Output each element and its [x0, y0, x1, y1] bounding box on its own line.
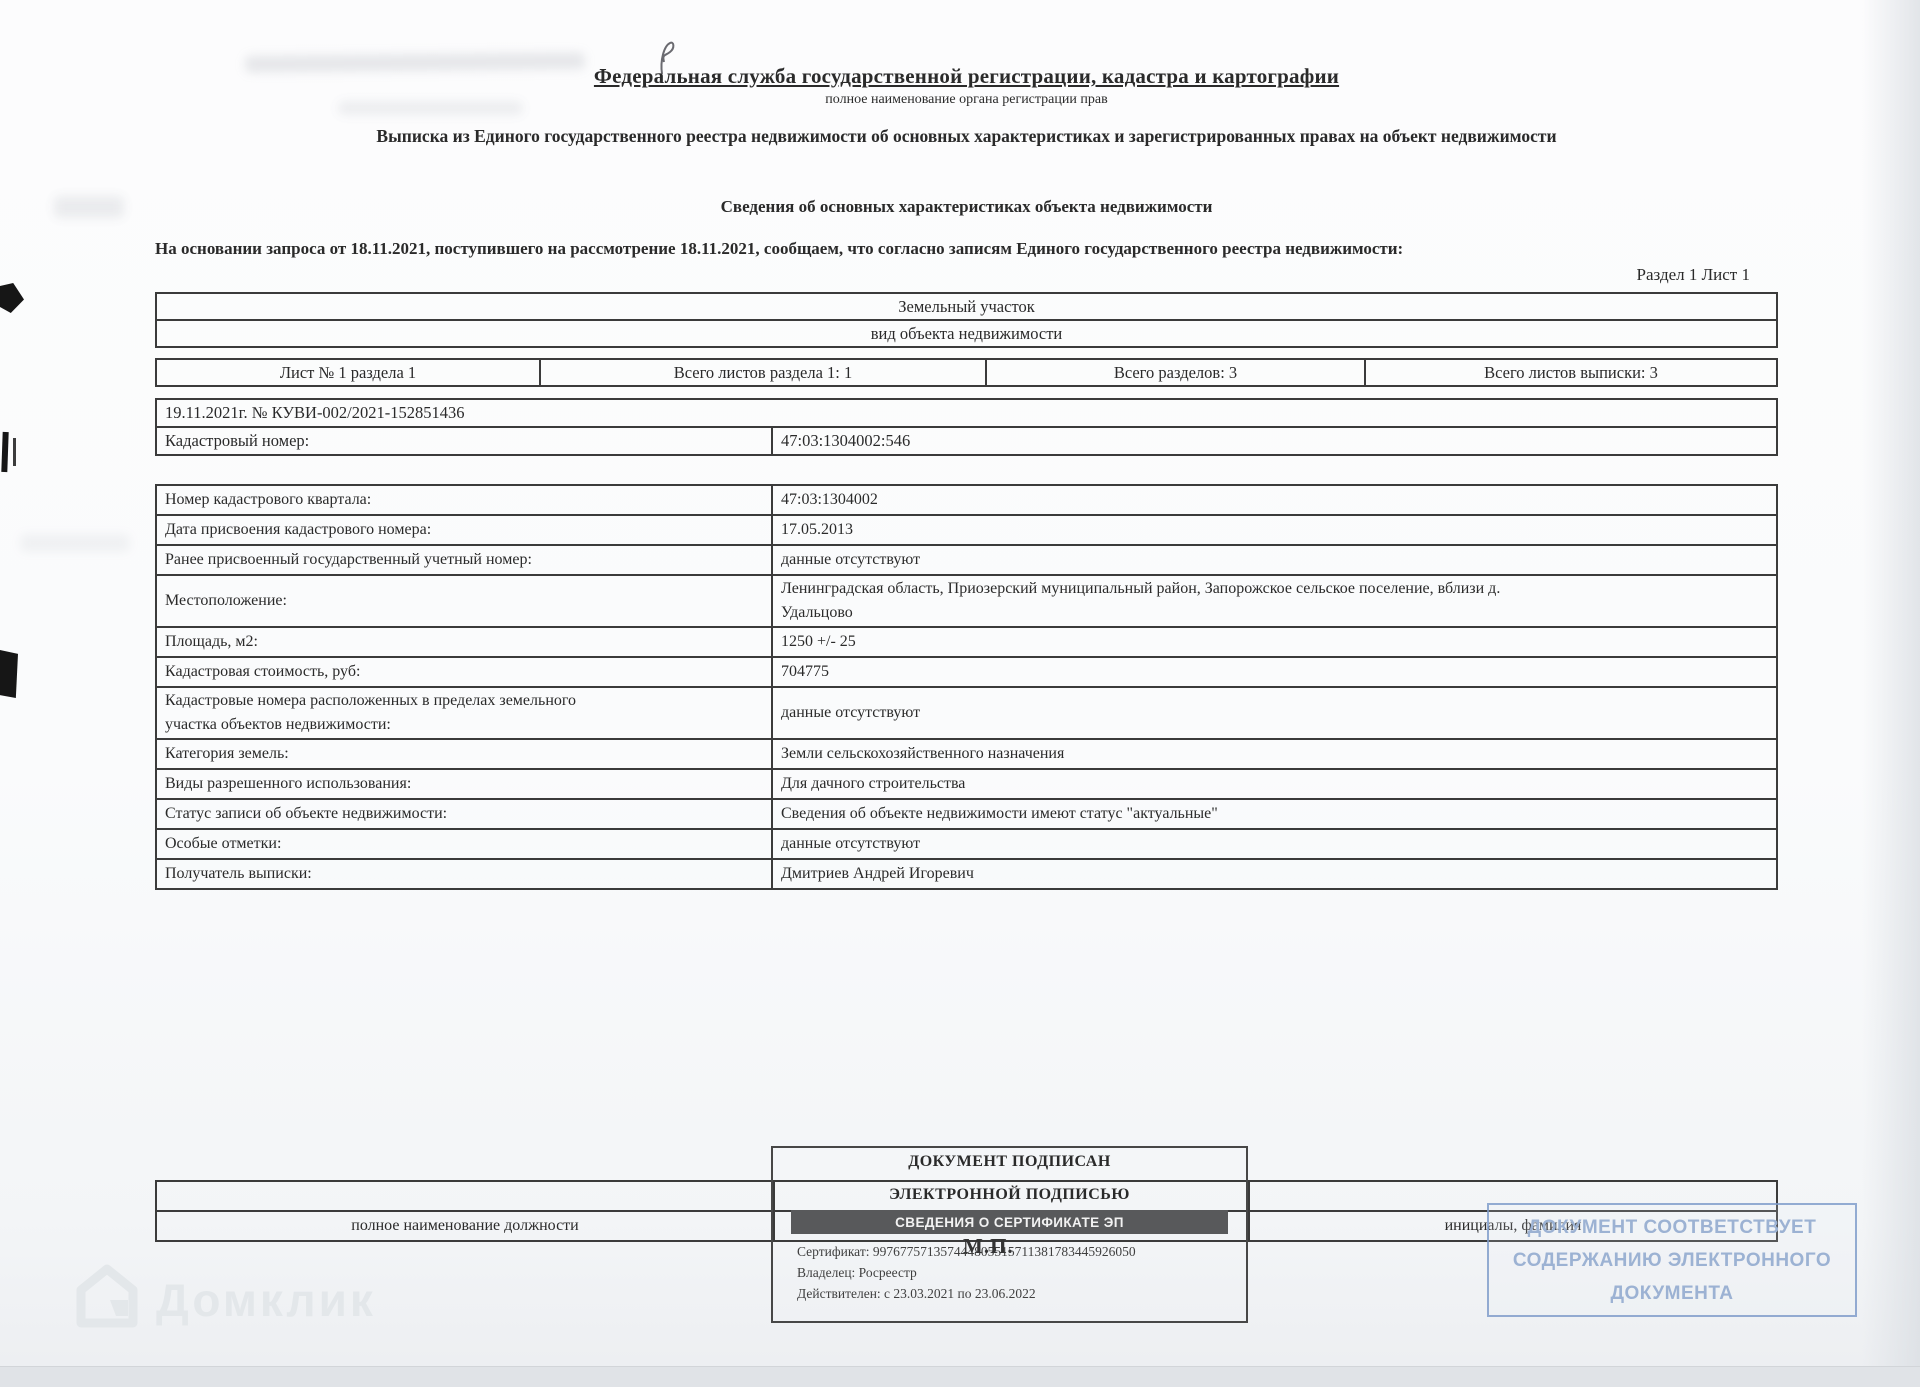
document-title: Выписка из Единого государственного реес… — [155, 126, 1778, 147]
row-label: Кадастровая стоимость, руб: — [157, 658, 773, 686]
scan-artifact — [0, 650, 18, 698]
table-row: Номер кадастрового квартала: 47:03:13040… — [157, 486, 1776, 514]
scan-artifact — [0, 283, 24, 313]
position-caption: полное наименование должности — [157, 1212, 773, 1240]
row-label: Дата присвоения кадастрового номера: — [157, 516, 773, 544]
authority-caption: полное наименование органа регистрации п… — [155, 92, 1778, 108]
row-value: Земли сельскохозяйственного назначения — [773, 740, 1776, 768]
certificate-owner: Владелец: Росреестр — [797, 1265, 1227, 1281]
table-row: Кадастровые номера расположенных в преде… — [157, 686, 1776, 738]
row-label: Особые отметки: — [157, 830, 773, 858]
document-number: 19.11.2021г. № КУВИ-002/2021-152851436 — [157, 400, 1776, 426]
row-label: Получатель выписки: — [157, 860, 773, 888]
table-row: Ранее присвоенный государственный учетны… — [157, 544, 1776, 574]
signature-stamp-line1: ДОКУМЕНТ ПОДПИСАН — [773, 1153, 1246, 1171]
certificate-header-bar: СВЕДЕНИЯ О СЕРТИФИКАТЕ ЭП — [791, 1210, 1228, 1234]
table-row: Получатель выписки: Дмитриев Андрей Игор… — [157, 858, 1776, 888]
row-value: данные отсутствуют — [773, 546, 1776, 574]
blue-stamp-line: СОДЕРЖАНИЮ ЭЛЕКТРОННОГО — [1489, 1244, 1855, 1277]
scan-artifact — [13, 438, 16, 466]
section-sheet-ref: Раздел 1 Лист 1 — [155, 265, 1778, 285]
row-label: Виды разрешенного использования: — [157, 770, 773, 798]
blue-stamp-line: ДОКУМЕНТ СООТВЕТСТВУЕТ — [1489, 1211, 1855, 1244]
table-row: Площадь, м2: 1250 +/- 25 — [157, 626, 1776, 656]
object-type: Земельный участок — [157, 294, 1776, 319]
row-value: Дмитриев Андрей Игоревич — [773, 860, 1776, 888]
table-row: Кадастровая стоимость, руб: 704775 — [157, 656, 1776, 686]
blue-stamp-line: ДОКУМЕНТА — [1489, 1277, 1855, 1310]
row-value: Сведения об объекте недвижимости имеют с… — [773, 800, 1776, 828]
row-label: Статус записи об объекте недвижимости: — [157, 800, 773, 828]
row-value: 1250 +/- 25 — [773, 628, 1776, 656]
cadastral-number-row: Кадастровый номер: 47:03:1304002:546 — [157, 426, 1776, 454]
sheet-col: Лист № 1 раздела 1 — [157, 360, 539, 385]
row-value: данные отсутствуют — [773, 688, 1776, 738]
row-label: Местоположение: — [157, 576, 773, 626]
row-label: Ранее присвоенный государственный учетны… — [157, 546, 773, 574]
page-edge-shadow — [1862, 0, 1920, 1387]
egrn-extract-document: Федеральная служба государственной регис… — [0, 0, 1920, 1387]
details-table: Номер кадастрового квартала: 47:03:13040… — [155, 484, 1778, 890]
scan-smudge — [20, 534, 130, 552]
registration-authority-title: Федеральная служба государственной регис… — [155, 64, 1778, 89]
scan-artifact — [1, 432, 8, 472]
row-value: 47:03:1304002 — [773, 486, 1776, 514]
scan-smudge — [54, 196, 124, 218]
table-row: Особые отметки: данные отсутствуют — [157, 828, 1776, 858]
row-label: Номер кадастрового квартала: — [157, 486, 773, 514]
request-statement: На основании запроса от 18.11.2021, пост… — [155, 239, 1778, 259]
signature-stamp-line2: ЭЛЕКТРОННОЙ ПОДПИСЬЮ — [773, 1186, 1246, 1204]
table-row: Категория земель: Земли сельскохозяйстве… — [157, 738, 1776, 768]
cadastral-number-value: 47:03:1304002:546 — [773, 428, 1776, 454]
row-label: Площадь, м2: — [157, 628, 773, 656]
row-value: 704775 — [773, 658, 1776, 686]
document-number-table: 19.11.2021г. № КУВИ-002/2021-152851436 К… — [155, 398, 1778, 456]
section-title: Сведения об основных характеристиках объ… — [155, 197, 1778, 217]
seal-place-mark: М.П. — [963, 1234, 1014, 1259]
cadastral-number-label: Кадастровый номер: — [157, 428, 773, 454]
object-type-caption: вид объекта недвижимости — [157, 319, 1776, 346]
row-value: данные отсутствуют — [773, 830, 1776, 858]
row-value: 17.05.2013 — [773, 516, 1776, 544]
paper-matches-digital-stamp: ДОКУМЕНТ СООТВЕТСТВУЕТ СОДЕРЖАНИЮ ЭЛЕКТР… — [1487, 1203, 1857, 1317]
sheet-col: Всего листов выписки: 3 — [1364, 360, 1776, 385]
row-value: Ленинградская область, Приозерский муниц… — [773, 576, 1776, 626]
object-type-table: Земельный участок вид объекта недвижимос… — [155, 292, 1778, 348]
table-row: Местоположение: Ленинградская область, П… — [157, 574, 1776, 626]
row-label: Категория земель: — [157, 740, 773, 768]
sheet-counters-table: Лист № 1 раздела 1 Всего листов раздела … — [155, 358, 1778, 387]
domklik-watermark: Домклик — [76, 1264, 376, 1330]
table-row: Дата присвоения кадастрового номера: 17.… — [157, 514, 1776, 544]
page-edge-shadow — [0, 1366, 1920, 1387]
sheet-col: Всего разделов: 3 — [985, 360, 1364, 385]
domklik-house-icon — [76, 1264, 138, 1330]
sheet-col: Всего листов раздела 1: 1 — [539, 360, 985, 385]
table-row: Виды разрешенного использования: Для дач… — [157, 768, 1776, 798]
row-label: Кадастровые номера расположенных в преде… — [157, 688, 773, 738]
certificate-validity: Действителен: с 23.03.2021 по 23.06.2022 — [797, 1286, 1227, 1302]
table-row: Статус записи об объекте недвижимости: С… — [157, 798, 1776, 828]
row-value: Для дачного строительства — [773, 770, 1776, 798]
domklik-logo-text: Домклик — [156, 1273, 376, 1327]
